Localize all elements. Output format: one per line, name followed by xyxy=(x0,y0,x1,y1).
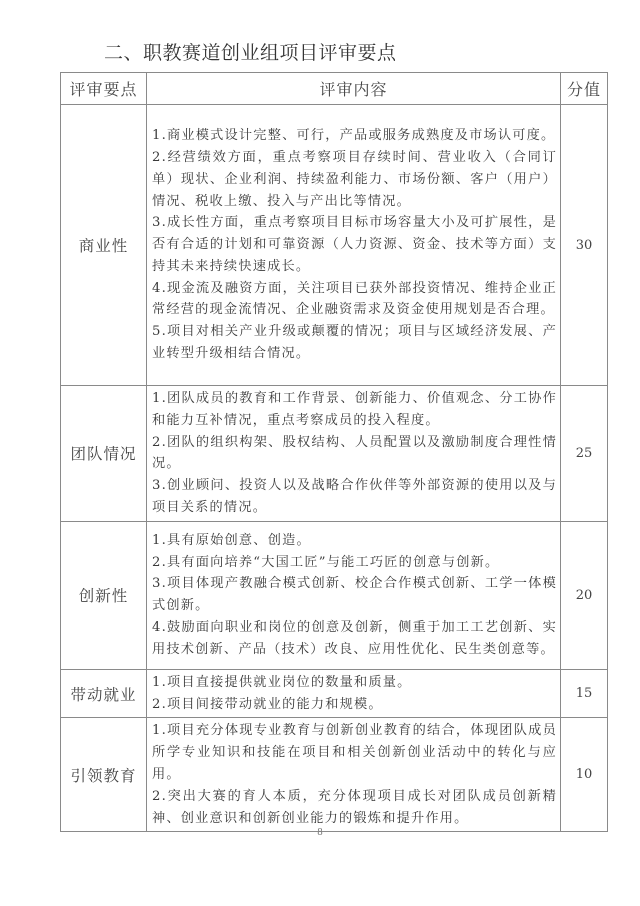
header-score: 分值 xyxy=(561,73,608,105)
content-item: 4.鼓励面向职业和岗位的创意及创新，侧重于加工工艺创新、实用技术创新、产品（技术… xyxy=(152,617,557,661)
content-item: 2.具有面向培养“大国工匠”与能工巧匠的创意与创新。 xyxy=(152,552,557,574)
content-item: 1.商业模式设计完整、可行，产品或服务成熟度及市场认可度。 xyxy=(152,125,557,147)
table-row-innovation: 创新性 1.具有原始创意、创造。 2.具有面向培养“大国工匠”与能工巧匠的创意与… xyxy=(61,521,608,669)
criterion-label: 引领教育 xyxy=(61,718,147,832)
content-item: 2.团队的组织构架、股权结构、人员配置以及激励制度合理性情况。 xyxy=(152,432,557,476)
content-item: 4.现金流及融资方面，关注项目已获外部投资情况、维持企业正常经营的现金流情况、企… xyxy=(152,278,557,322)
table-row-employment: 带动就业 1.项目直接提供就业岗位的数量和质量。 2.项目间接带动就业的能力和规… xyxy=(61,669,608,718)
criterion-content: 1.商业模式设计完整、可行，产品或服务成熟度及市场认可度。 2.经营绩效方面，重… xyxy=(147,105,561,386)
content-item: 2.项目间接带动就业的能力和规模。 xyxy=(152,694,557,716)
content-item: 3.创业顾问、投资人以及战略合作伙伴等外部资源的使用以及与项目关系的情况。 xyxy=(152,475,557,519)
content-item: 1.具有原始创意、创造。 xyxy=(152,530,557,552)
criterion-label: 商业性 xyxy=(61,105,147,386)
header-criterion: 评审要点 xyxy=(61,73,147,105)
content-item: 5.项目对相关产业升级或颠覆的情况；项目与区域经济发展、产业转型升级相结合情况。 xyxy=(152,321,557,365)
score-value: 10 xyxy=(561,718,608,832)
criterion-content: 1.具有原始创意、创造。 2.具有面向培养“大国工匠”与能工巧匠的创意与创新。 … xyxy=(147,521,561,669)
table-header-row: 评审要点 评审内容 分值 xyxy=(61,73,608,105)
score-value: 15 xyxy=(561,669,608,718)
score-value: 30 xyxy=(561,105,608,386)
criterion-content: 1.项目直接提供就业岗位的数量和质量。 2.项目间接带动就业的能力和规模。 xyxy=(147,669,561,718)
content-item: 1.项目充分体现专业教育与创新创业教育的结合，体现团队成员所学专业知识和技能在项… xyxy=(152,720,557,785)
content-item: 3.成长性方面，重点考察项目目标市场容量大小及可扩展性，是否有合适的计划和可靠资… xyxy=(152,212,557,277)
table-row-commercial: 商业性 1.商业模式设计完整、可行，产品或服务成熟度及市场认可度。 2.经营绩效… xyxy=(61,105,608,386)
content-item: 2.突出大赛的育人本质，充分体现项目成长对团队成员创新精神、创业意识和创新创业能… xyxy=(152,786,557,830)
criterion-label: 创新性 xyxy=(61,521,147,669)
content-item: 3.项目体现产教融合模式创新、校企合作模式创新、工学一体模式创新。 xyxy=(152,573,557,617)
score-value: 20 xyxy=(561,521,608,669)
content-item: 1.项目直接提供就业岗位的数量和质量。 xyxy=(152,672,557,694)
criterion-label: 带动就业 xyxy=(61,669,147,718)
criterion-content: 1.项目充分体现专业教育与创新创业教育的结合，体现团队成员所学专业知识和技能在项… xyxy=(147,718,561,832)
score-value: 25 xyxy=(561,386,608,522)
criterion-content: 1.团队成员的教育和工作背景、创新能力、价值观念、分工协作和能力互补情况，重点考… xyxy=(147,386,561,522)
evaluation-criteria-table: 评审要点 评审内容 分值 商业性 1.商业模式设计完整、可行，产品或服务成熟度及… xyxy=(60,72,608,832)
page-number: 8 xyxy=(0,828,640,838)
table-row-team: 团队情况 1.团队成员的教育和工作背景、创新能力、价值观念、分工协作和能力互补情… xyxy=(61,386,608,522)
criterion-label: 团队情况 xyxy=(61,386,147,522)
content-item: 1.团队成员的教育和工作背景、创新能力、价值观念、分工协作和能力互补情况，重点考… xyxy=(152,388,557,432)
page-title: 二、职教赛道创业组项目评审要点 xyxy=(104,38,397,65)
header-content: 评审内容 xyxy=(147,73,561,105)
content-item: 2.经营绩效方面，重点考察项目存续时间、营业收入（合同订单）现状、企业利润、持续… xyxy=(152,147,557,212)
table-row-education: 引领教育 1.项目充分体现专业教育与创新创业教育的结合，体现团队成员所学专业知识… xyxy=(61,718,608,832)
